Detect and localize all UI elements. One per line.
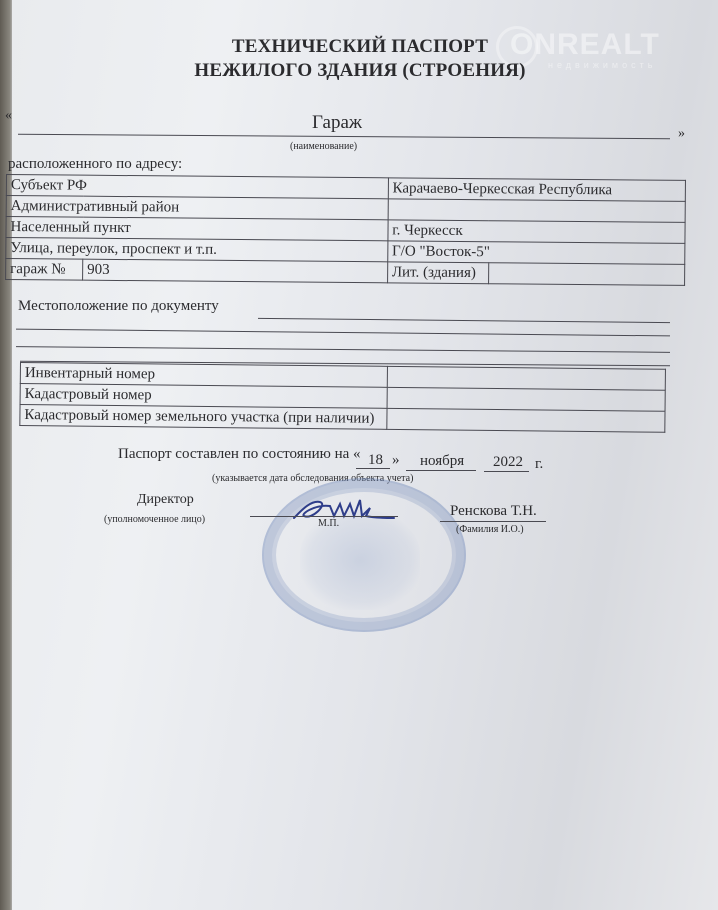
date-prefix: Паспорт составлен по состоянию на « <box>118 446 361 463</box>
signature-line <box>250 516 398 517</box>
document-title-line1: ТЕХНИЧЕСКИЙ ПАСПОРТ <box>150 36 570 58</box>
month-underline <box>406 470 476 471</box>
registry-value <box>387 387 665 411</box>
address-value: Г/О "Восток-5" <box>387 241 684 265</box>
address-table: Субъект РФ Карачаево-Черкесская Республи… <box>5 174 686 286</box>
date-mid: » <box>392 452 400 469</box>
address-value: Карачаево-Черкесская Республика <box>388 178 685 202</box>
signer-name: Ренскова Т.Н. <box>450 503 537 520</box>
address-intro: расположенного по адресу: <box>8 156 182 173</box>
open-quote: « <box>5 108 12 124</box>
stamp-label: М.П. <box>318 518 339 529</box>
registry-label: Кадастровый номер земельного участка (пр… <box>20 405 387 430</box>
close-quote: » <box>678 126 685 142</box>
registry-table: Инвентарный номер Кадастровый номер Када… <box>19 362 666 433</box>
lit-label: Лит. (здания) <box>387 262 488 284</box>
signature-icon <box>290 494 400 524</box>
address-value <box>388 199 685 223</box>
signer-position-caption: (уполномоченное лицо) <box>104 514 205 525</box>
signer-name-caption: (Фамилия И.О.) <box>456 524 524 535</box>
signer-position: Директор <box>137 492 194 508</box>
name-caption: (наименование) <box>290 141 357 152</box>
address-value: г. Черкесск <box>388 220 685 244</box>
registry-value <box>387 366 665 390</box>
location-label: Местоположение по документу <box>18 298 219 315</box>
garage-label: гараж № <box>6 259 83 281</box>
day-underline <box>356 468 390 469</box>
date-day: 18 <box>368 452 383 469</box>
year-underline <box>484 471 529 472</box>
date-month: ноября <box>420 453 464 470</box>
garage-number: 903 <box>83 259 388 283</box>
date-suffix: г. <box>535 456 543 473</box>
registry-value <box>387 408 665 432</box>
lit-value <box>488 263 684 286</box>
signer-name-underline <box>440 521 546 522</box>
object-name: Гараж <box>312 112 362 134</box>
date-year: 2022 <box>493 454 523 471</box>
document-title-line2: НЕЖИЛОГО ЗДАНИЯ (СТРОЕНИЯ) <box>150 60 570 82</box>
